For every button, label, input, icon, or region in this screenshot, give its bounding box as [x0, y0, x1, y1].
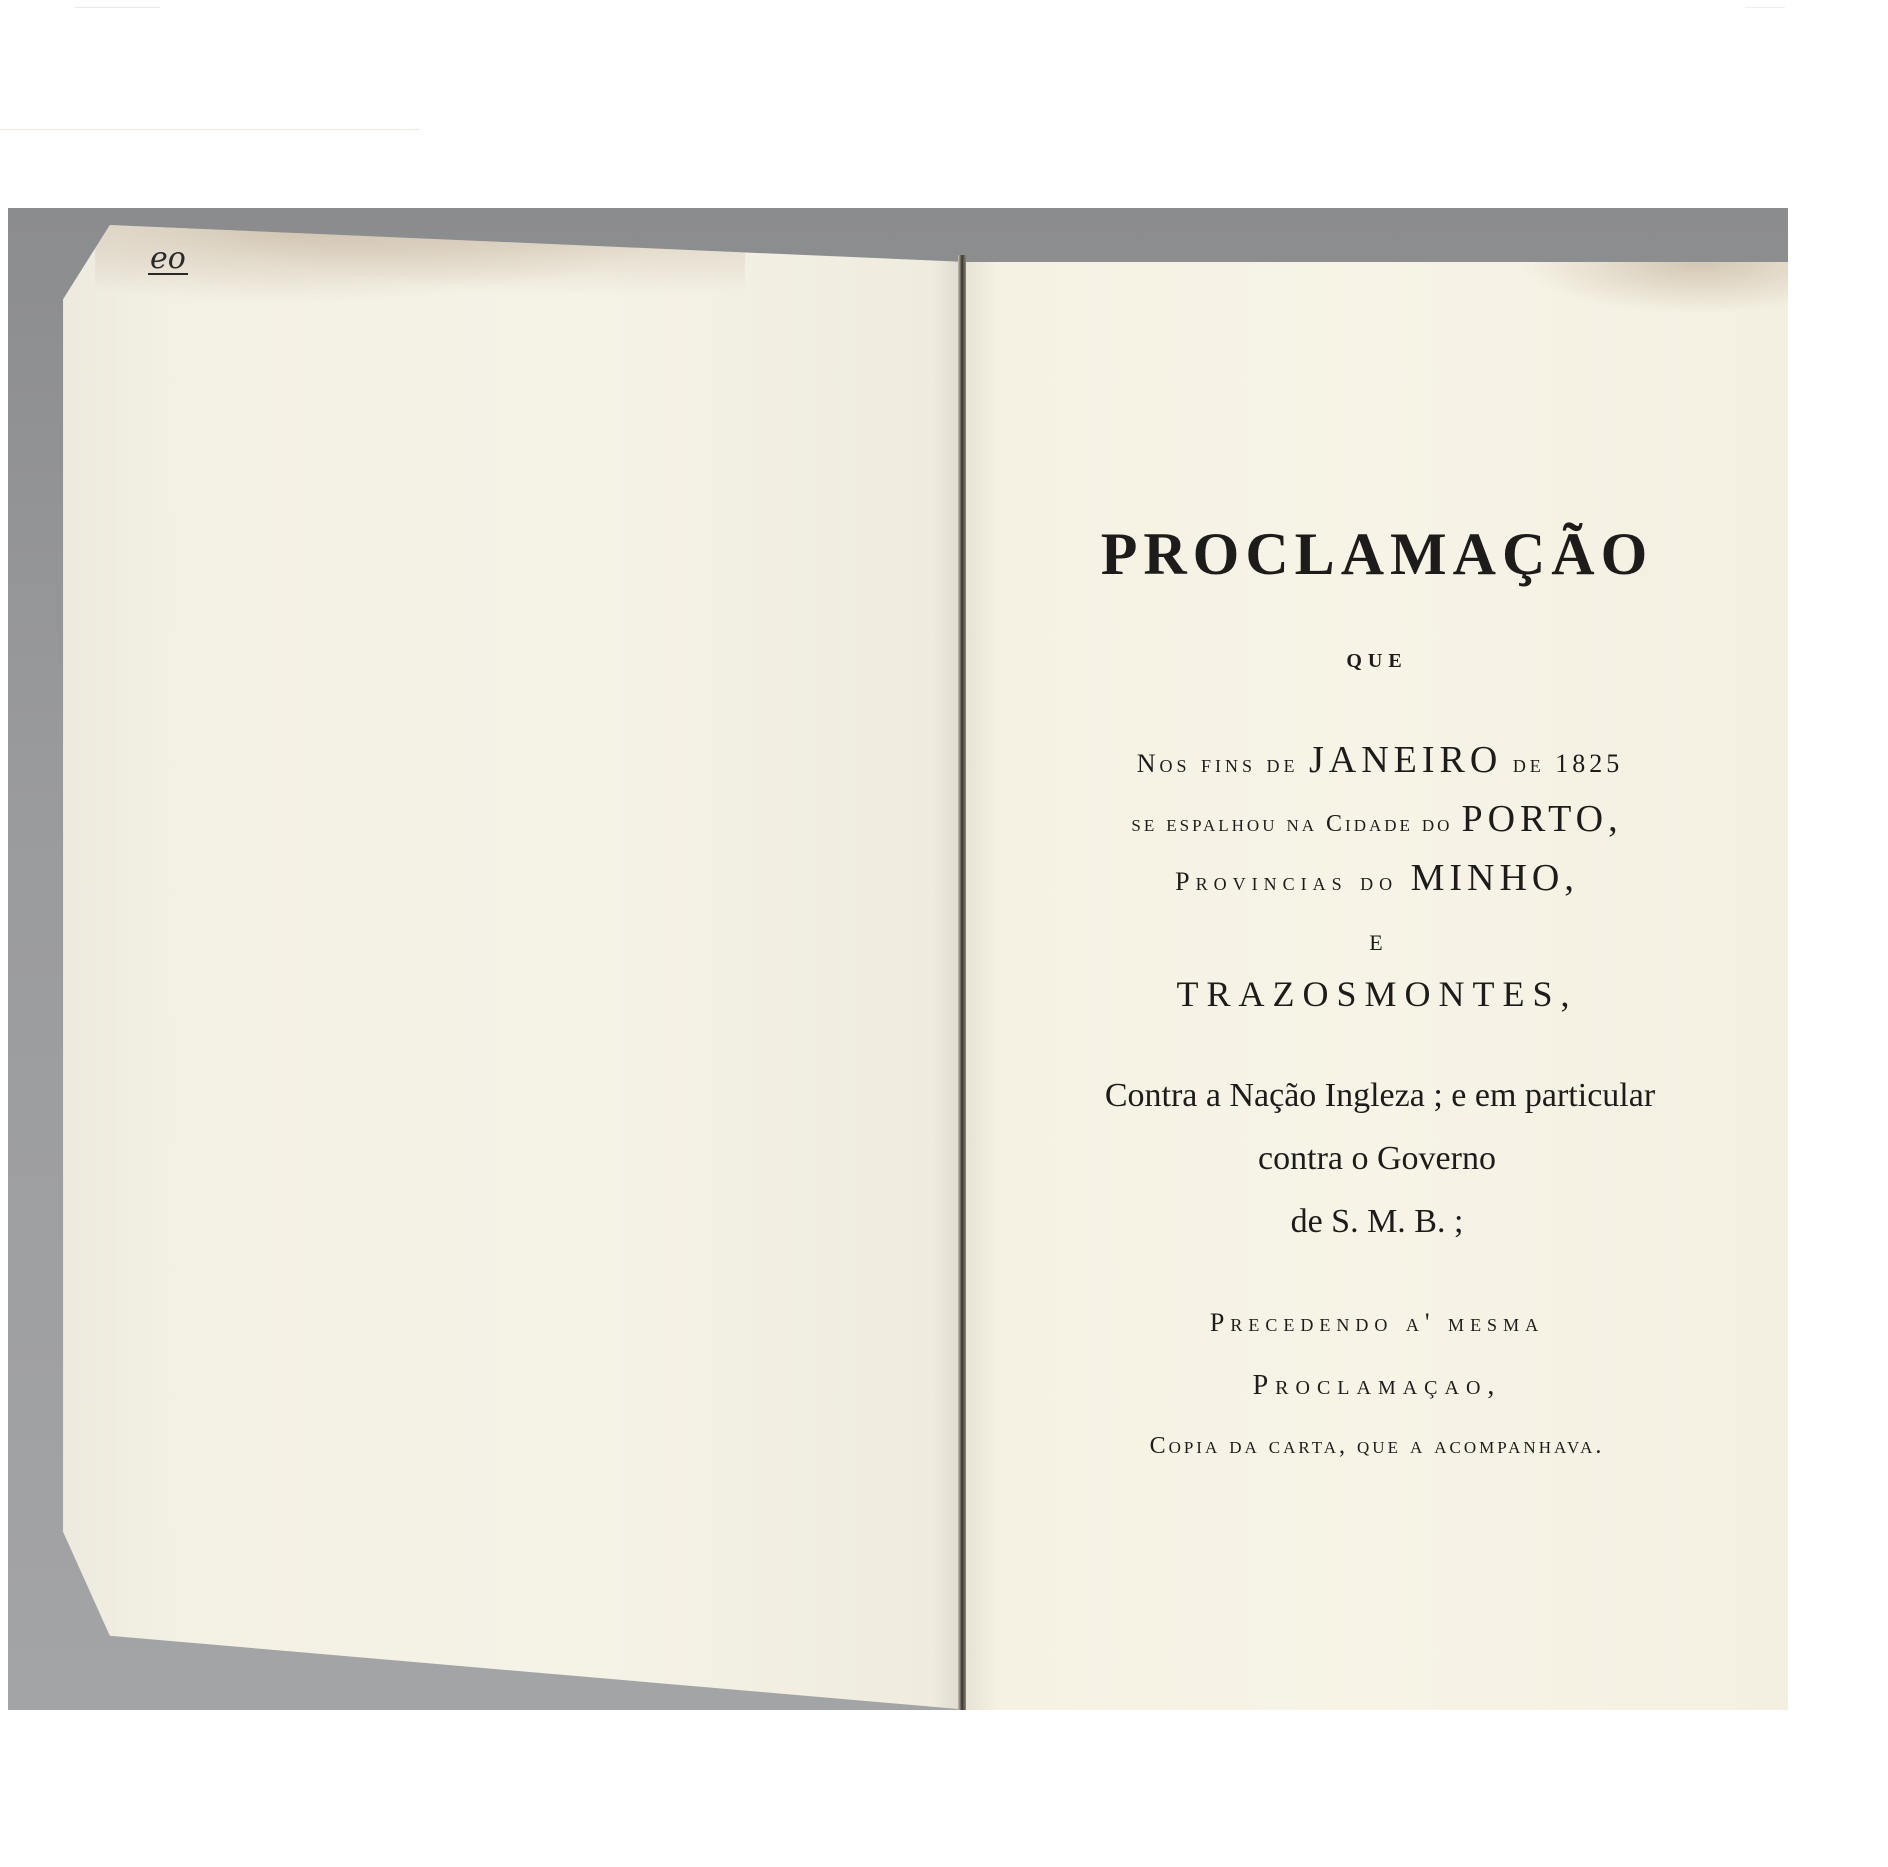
book-gutter [958, 255, 966, 1710]
scan-artifact-line [1745, 7, 1785, 8]
left-page [35, 225, 970, 1710]
line-porto: se espalhou na Cidade do PORTO, [966, 797, 1788, 841]
subtitle-que: QUE [966, 650, 1788, 673]
region-trazosmontes: TRAZOSMONTES, [966, 973, 1788, 1015]
against-line-3: de S. M. B. ; [966, 1203, 1788, 1241]
line3-prefix: Provincias do [1175, 867, 1398, 896]
line2-porto: PORTO, [1461, 798, 1622, 840]
scan-artifact-line [75, 7, 160, 8]
line1-prefix: Nos fins de [1137, 749, 1299, 778]
conjunction-e: E [966, 930, 1788, 956]
handwritten-mark: eo [148, 245, 188, 275]
title-proclamacao: PROCLAMAÇÃO [966, 520, 1788, 589]
line1-janeiro: JANEIRO [1309, 739, 1502, 781]
scan-artifact-line [0, 129, 420, 130]
line2-prefix: se espalhou na Cidade do [1131, 811, 1452, 837]
line-minho: Provincias do MINHO, [966, 856, 1788, 900]
preceding-line-1: Precedendo a' mesma [966, 1308, 1788, 1338]
line-janeiro: Nos fins de JANEIRO de 1825 [1030, 738, 1730, 782]
preceding-line-2: Proclamaçao, [966, 1370, 1788, 1402]
preceding-line-3: Copia da carta, que a acompanhava. [966, 1433, 1788, 1460]
line1-suffix: de 1825 [1513, 749, 1624, 778]
foxing-stain [1488, 262, 1788, 322]
against-line-1: Contra a Nação Ingleza ; e em particular [1010, 1077, 1750, 1115]
line3-minho: MINHO, [1411, 857, 1579, 899]
against-line-2: contra o Governo [966, 1140, 1788, 1178]
